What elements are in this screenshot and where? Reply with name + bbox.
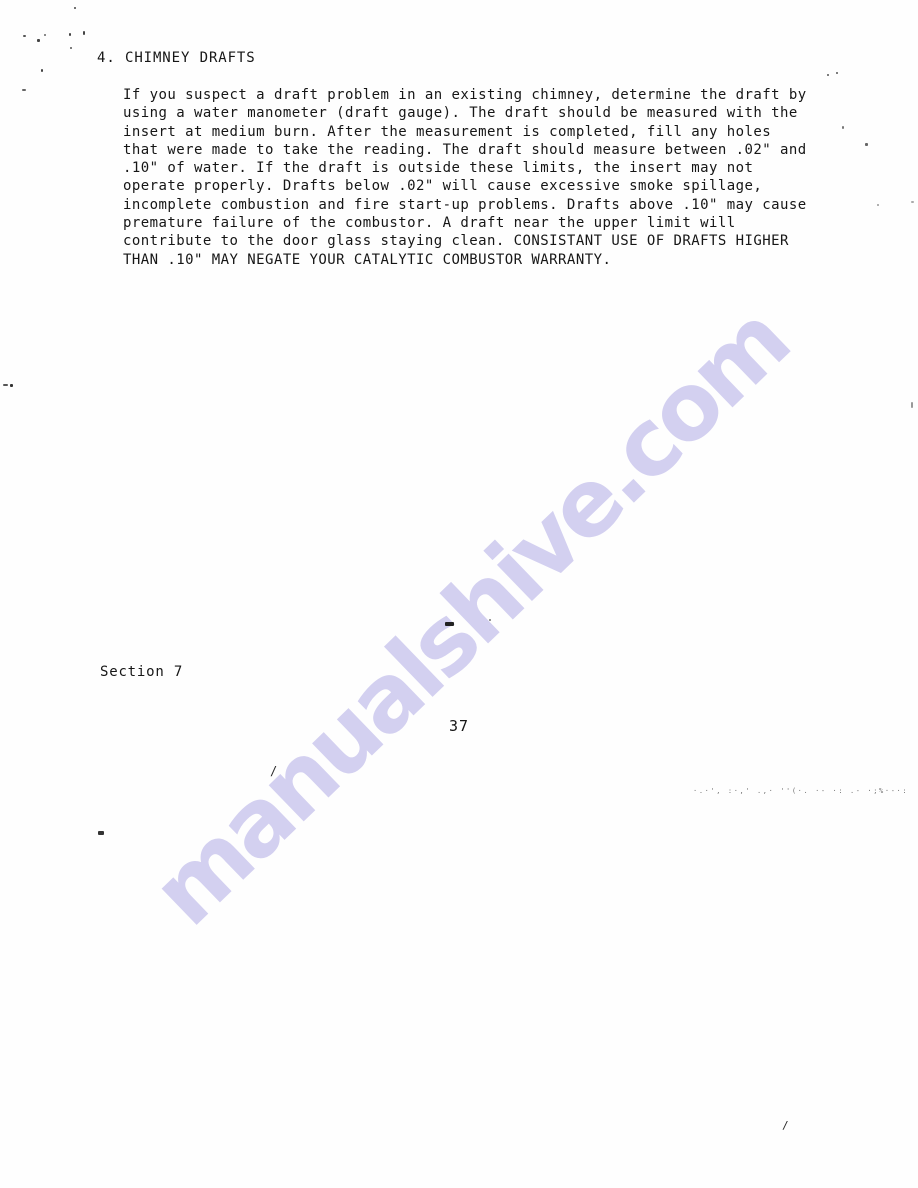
- scan-speck: [10, 384, 13, 387]
- scan-speck: [74, 7, 76, 9]
- scan-speck: [827, 74, 829, 76]
- scan-speck: [70, 47, 72, 49]
- scan-speckle-row: ·.·', :·,' .,· ''(·. ·- ·: .- ·;%·-·: -.…: [693, 787, 907, 795]
- page-number: 37: [449, 717, 469, 735]
- section-label: Section 7: [100, 664, 183, 680]
- scan-speck: [41, 69, 43, 72]
- scan-speck: [489, 619, 491, 621]
- scan-slash-mark: /: [270, 764, 277, 778]
- section-heading: 4. CHIMNEY DRAFTS: [97, 49, 256, 67]
- scan-slash-mark: /: [782, 1119, 789, 1132]
- scan-speck: [37, 39, 40, 42]
- body-paragraph: If you suspect a draft problem in an exi…: [123, 86, 807, 269]
- scan-speck: [842, 126, 844, 129]
- scan-speck: [865, 143, 868, 146]
- watermark-text: manualshive.com: [132, 288, 808, 946]
- scan-speck: [911, 402, 913, 408]
- scanned-manual-page: manualshive.com 4. CHIMNEY DRAFTS If you…: [0, 0, 918, 1188]
- scan-speck: [98, 831, 104, 835]
- scan-speck: [3, 384, 8, 386]
- scan-speck: [836, 72, 838, 74]
- scan-speck: [23, 35, 26, 37]
- scan-speck: [445, 622, 454, 626]
- scan-speck: [83, 31, 85, 35]
- scan-speck: [69, 33, 71, 36]
- scan-speck: [911, 201, 914, 203]
- scan-speck: [877, 204, 879, 206]
- scan-speck: [22, 89, 26, 91]
- scan-speck: [44, 34, 46, 36]
